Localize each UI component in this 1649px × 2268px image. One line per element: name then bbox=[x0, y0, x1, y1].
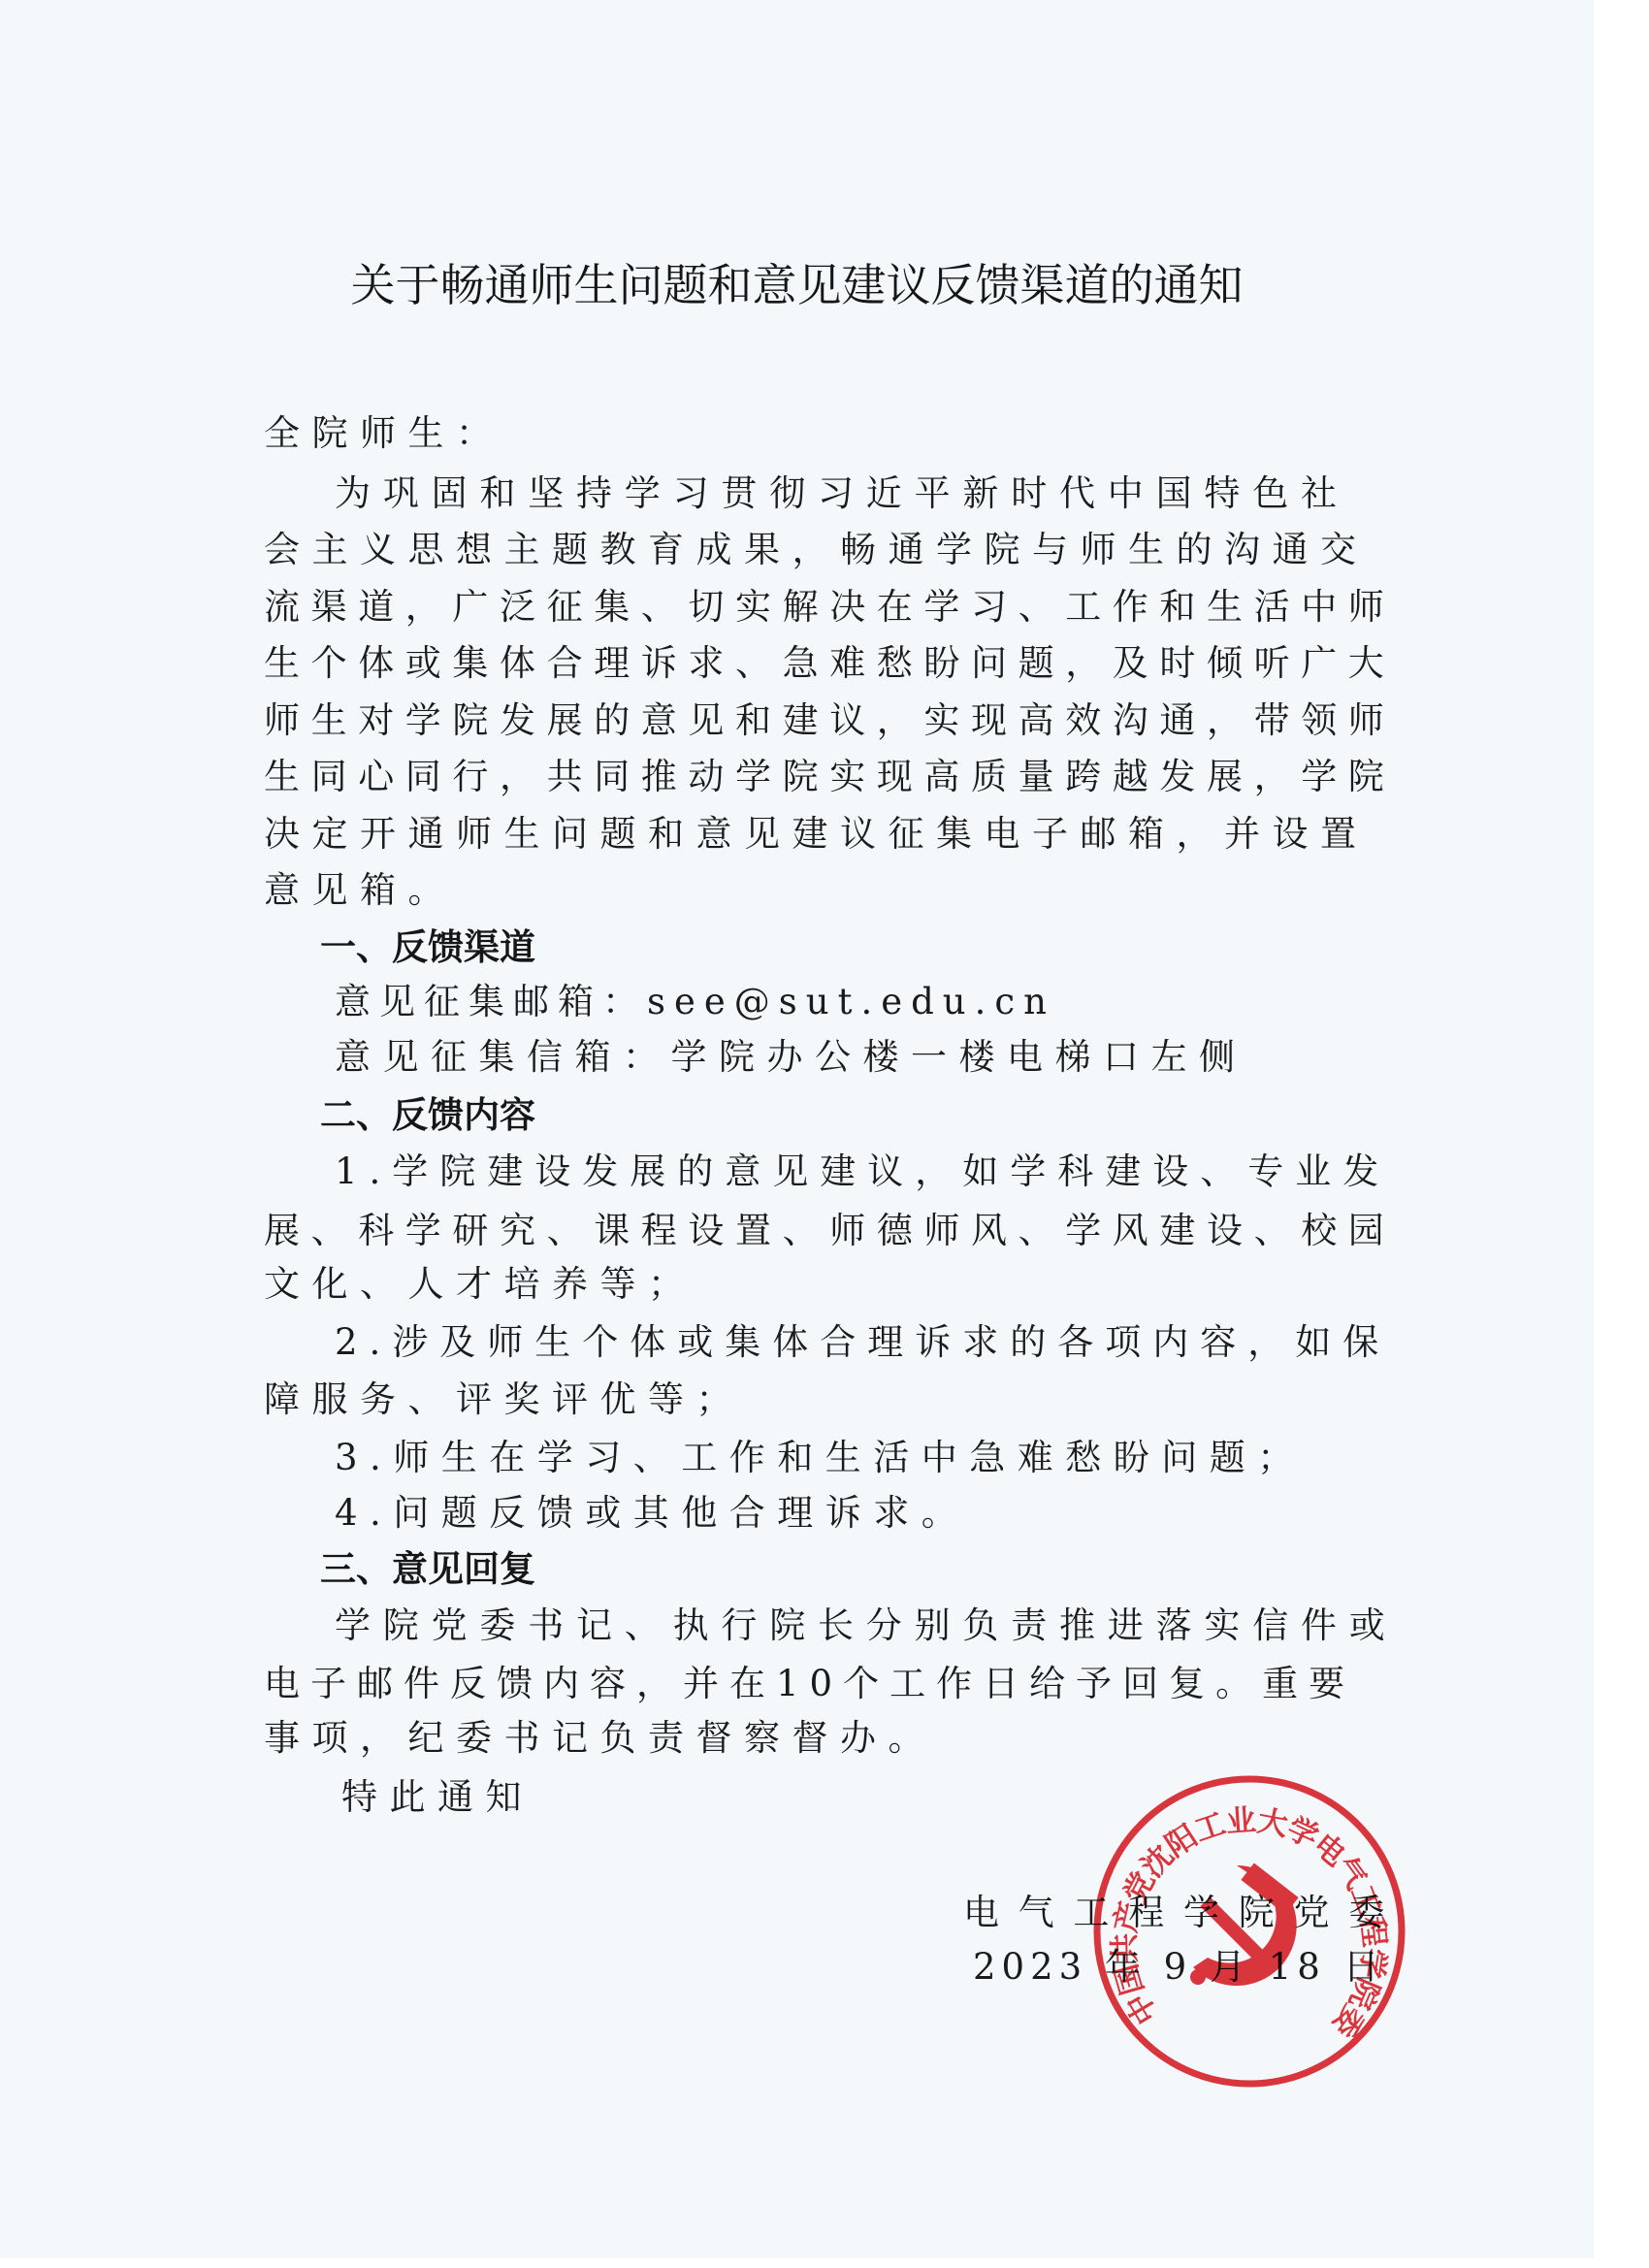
reply-line: 电子邮件反馈内容，并在10个工作日给予回复。重要 bbox=[264, 1663, 1355, 1705]
content-item-3: 3.师生在学习、工作和生活中急难愁盼问题； bbox=[335, 1437, 1306, 1479]
feedback-email-line: 意见征集邮箱：see@sut.edu.cn bbox=[335, 981, 1055, 1023]
intro-line: 决定开通师生问题和意见建议征集电子邮箱，并设置 bbox=[264, 813, 1369, 856]
content-item-1-cont: 文化、人才培养等； bbox=[264, 1263, 696, 1306]
intro-line: 生个体或集体合理诉求、急难愁盼问题，及时倾听广大 bbox=[264, 642, 1395, 685]
content-item-2-cont: 障服务、评奖评优等； bbox=[264, 1378, 744, 1421]
content-item-2: 2.涉及师生个体或集体合理诉求的各项内容，如保 bbox=[335, 1321, 1390, 1364]
reply-line: 学院党委书记、执行院长分别负责推进落实信件或 bbox=[335, 1604, 1398, 1647]
intro-line: 为巩固和坚持学习贯彻习近平新时代中国特色社 bbox=[335, 472, 1349, 515]
salutation: 全院师生： bbox=[264, 412, 504, 455]
section-heading-content: 二、反馈内容 bbox=[320, 1094, 535, 1137]
intro-line: 会主义思想主题教育成果，畅通学院与师生的沟通交 bbox=[264, 529, 1369, 571]
intro-line: 生同心同行，共同推动学院实现高质量跨越发展，学院 bbox=[264, 756, 1395, 798]
hammer-sickle-icon bbox=[1190, 1863, 1299, 1986]
content-item-1-cont: 展、科学研究、课程设置、师德师风、学风建设、校园 bbox=[264, 1210, 1395, 1252]
section-heading-reply: 三、意见回复 bbox=[320, 1548, 535, 1591]
reply-line: 事项，纪委书记负责督察督办。 bbox=[264, 1717, 936, 1760]
content-item-1: 1.学院建设发展的意见建议，如学科建设、专业发 bbox=[335, 1150, 1390, 1193]
section-heading-channels: 一、反馈渠道 bbox=[320, 926, 535, 969]
intro-line: 师生对学院发展的意见和建议，实现高效沟通，带领师 bbox=[264, 699, 1395, 742]
official-seal-icon: 中国共产党沈阳工业大学电气工程学院委员会 bbox=[1091, 1773, 1407, 2090]
closing-text: 特此通知 bbox=[341, 1776, 533, 1819]
document-title: 关于畅通师生问题和意见建议反馈渠道的通知 bbox=[0, 250, 1594, 314]
feedback-mailbox-line: 意见征集信箱：学院办公楼一楼电梯口左侧 bbox=[335, 1036, 1247, 1079]
content-item-4: 4.问题反馈或其他合理诉求。 bbox=[335, 1492, 969, 1535]
intro-line: 流渠道，广泛征集、切实解决在学习、工作和生活中师 bbox=[264, 586, 1395, 629]
intro-line: 意见箱。 bbox=[264, 869, 456, 912]
